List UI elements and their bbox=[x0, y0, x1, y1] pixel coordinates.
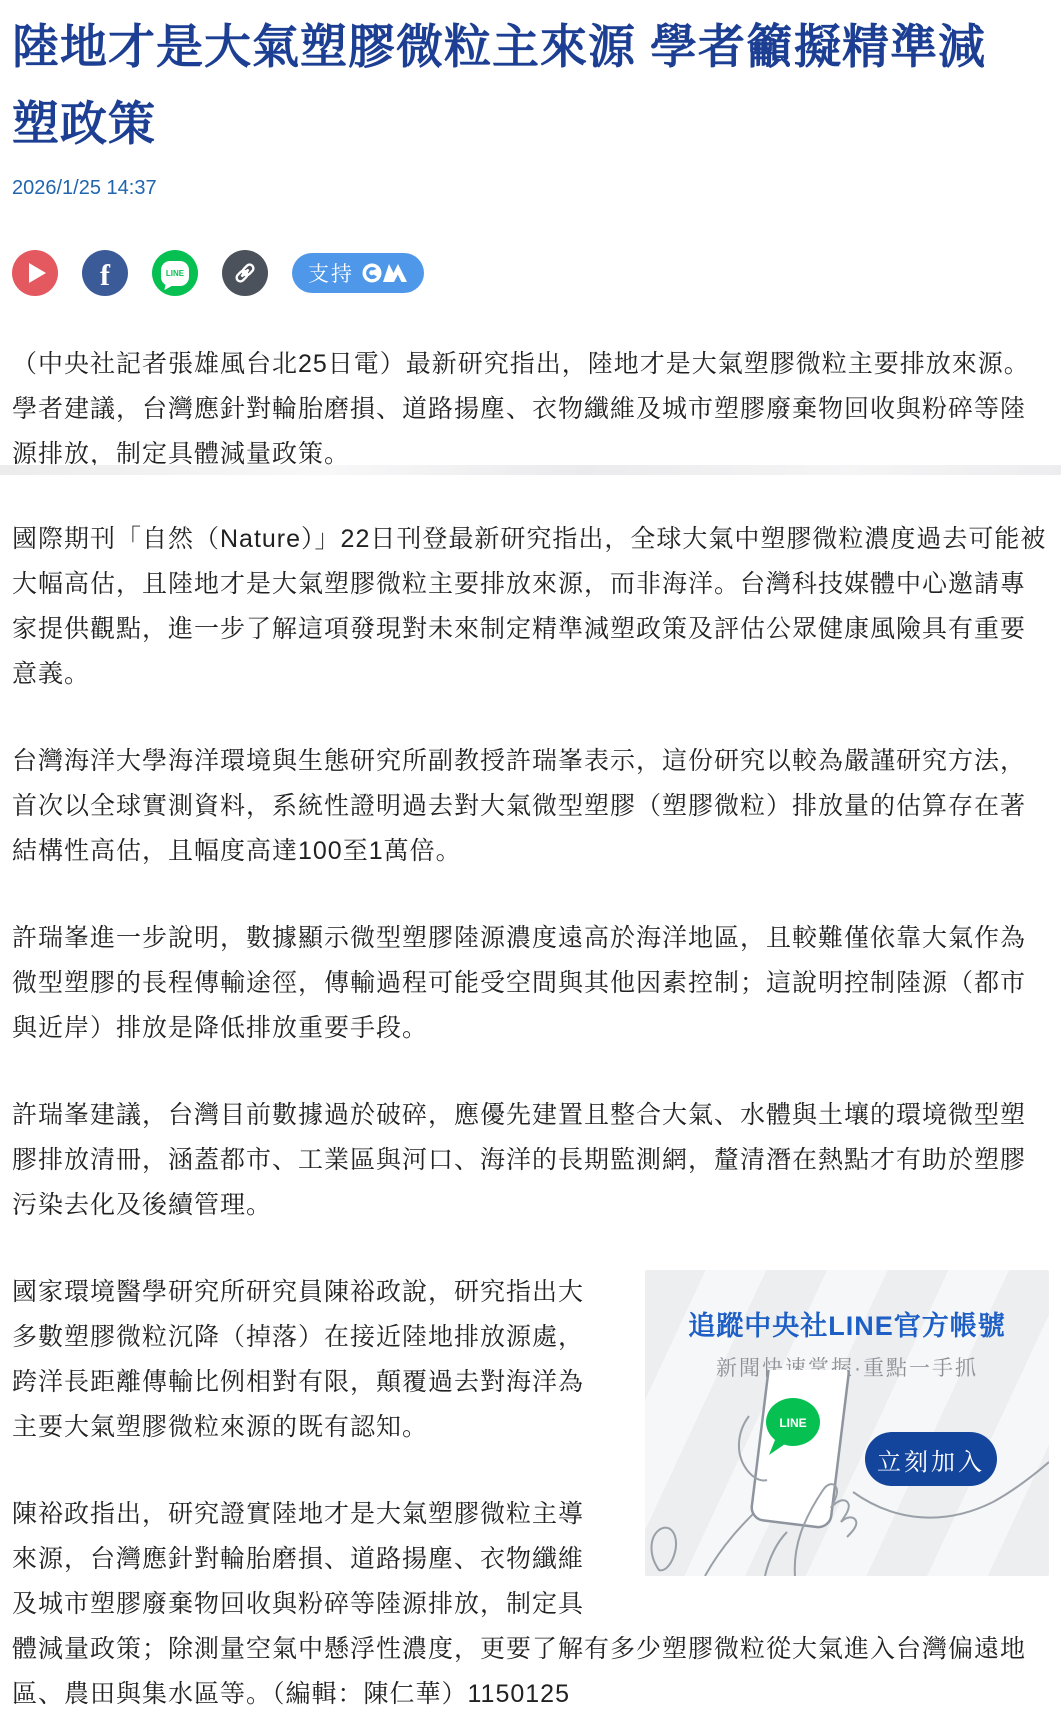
copy-link-button[interactable] bbox=[222, 250, 268, 296]
line-icon: LINE bbox=[161, 261, 189, 286]
line-promo-banner[interactable]: 追蹤中央社LINE官方帳號 新聞快速掌握·重點一手抓 LINE bbox=[645, 1270, 1049, 1576]
facebook-icon: f bbox=[100, 259, 110, 293]
article-paragraph: （中央社記者張雄風台北25日電）最新研究指出，陸地才是大氣塑膠微粒主要排放來源。… bbox=[12, 342, 1049, 477]
svg-text:LINE: LINE bbox=[779, 1416, 806, 1430]
article-paragraph: 許瑞峯建議，台灣目前數據過於破碎，應優先建置且整合大氣、水體與土壤的環境微型塑膠… bbox=[12, 1093, 1049, 1228]
article-paragraph: 許瑞峯進一步說明，數據顯示微型塑膠陸源濃度遠高於海洋地區，且較難僅依靠大氣作為微… bbox=[12, 916, 1049, 1051]
join-line-button[interactable]: 立刻加入 bbox=[865, 1432, 997, 1486]
article-title: 陸地才是大氣塑膠微粒主來源 學者籲擬精準減塑政策 bbox=[12, 8, 1024, 162]
article-date: 2026/1/25 14:37 bbox=[12, 176, 1049, 200]
article-paragraph: 國際期刊「自然（Nature）」22日刊登最新研究指出，全球大氣中塑膠微粒濃度過… bbox=[12, 517, 1049, 697]
play-video-button[interactable] bbox=[12, 250, 58, 296]
ad-title: 追蹤中央社LINE官方帳號 bbox=[645, 1270, 1049, 1343]
collapsed-ad-sliver bbox=[0, 465, 1061, 475]
link-icon bbox=[232, 260, 258, 286]
play-icon bbox=[29, 263, 46, 283]
share-facebook-button[interactable]: f bbox=[82, 250, 128, 296]
article-page: 陸地才是大氣塑膠微粒主來源 學者籲擬精準減塑政策 2026/1/25 14:37… bbox=[0, 8, 1061, 1717]
article-paragraph: 台灣海洋大學海洋環境與生態研究所副教授許瑞峯表示，這份研究以較為嚴謹研究方法，首… bbox=[12, 739, 1049, 874]
support-cna-button[interactable]: 支持 bbox=[292, 253, 424, 293]
share-toolbar: f LINE 支持 bbox=[12, 250, 1049, 296]
share-line-button[interactable]: LINE bbox=[152, 250, 198, 296]
article-lower-section: 追蹤中央社LINE官方帳號 新聞快速掌握·重點一手抓 LINE bbox=[12, 1270, 1049, 1717]
cna-logo-icon bbox=[362, 261, 408, 285]
